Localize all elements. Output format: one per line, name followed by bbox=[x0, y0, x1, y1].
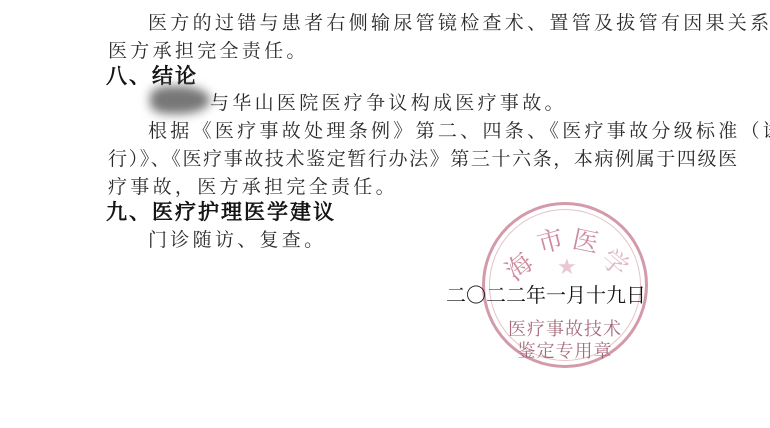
document-date: 二〇二二年一月十九日 bbox=[446, 279, 646, 308]
section-heading-medical-advice: 九、医疗护理医学建议 bbox=[106, 200, 336, 224]
seal-star-icon: ★ bbox=[557, 255, 577, 280]
section-heading-conclusion: 八、结论 bbox=[106, 64, 198, 88]
paragraph-basis-line3: 疗事故，医方承担完全责任。 bbox=[108, 176, 398, 198]
paragraph-conclusion-line1: 与华山医院医疗争议构成医疗事故。 bbox=[210, 92, 567, 114]
paragraph-causality-line2: 医方承担完全责任。 bbox=[108, 40, 309, 62]
redacted-name-blur bbox=[150, 86, 210, 114]
paragraph-basis-line1: 根据《医疗事故处理条例》第二、四条、《医疗事故分级标准（试 bbox=[148, 120, 770, 142]
seal-text-line2: 鉴定专用章 bbox=[485, 337, 645, 363]
paragraph-advice-line1: 门诊随访、复查。 bbox=[148, 229, 326, 251]
paragraph-basis-line2: 行）》、《医疗事故技术鉴定暂行办法》第三十六条，本病例属于四级医 bbox=[108, 148, 739, 170]
paragraph-causality-line1: 医方的过错与患者右侧输尿管镜检查术、置管及拔管有因果关系， bbox=[148, 12, 770, 34]
